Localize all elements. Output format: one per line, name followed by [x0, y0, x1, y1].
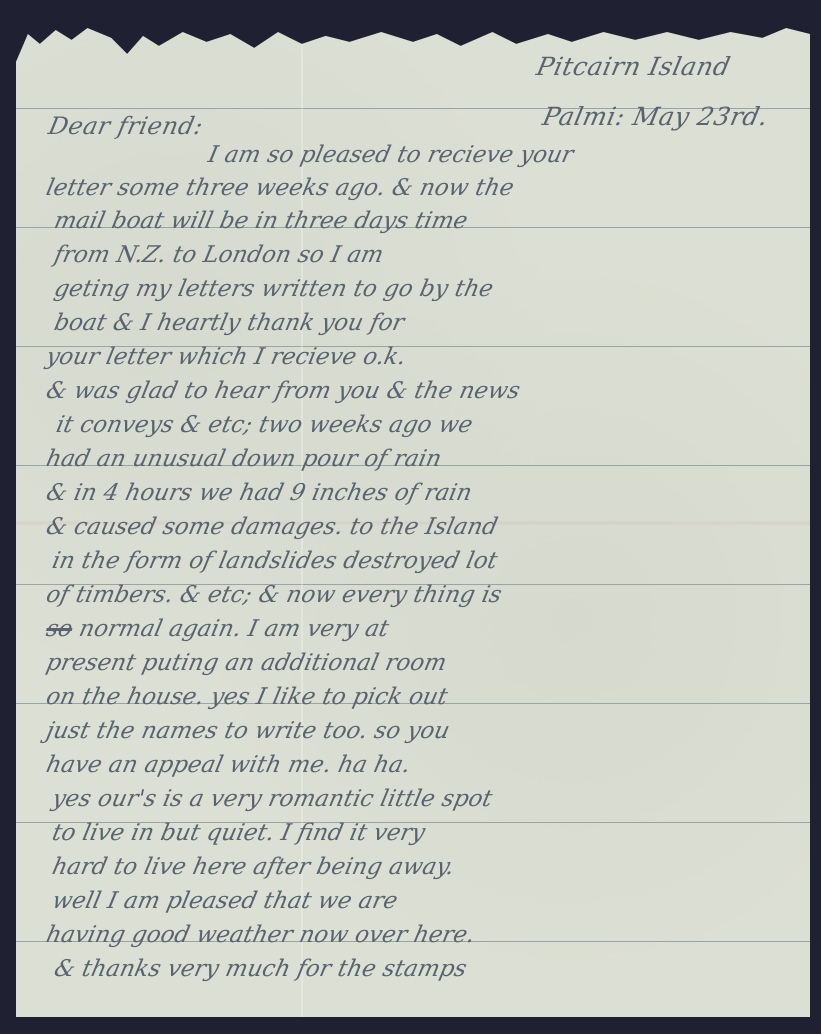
letter-line: letter some three weeks ago. & now the: [44, 177, 516, 200]
letter-line: on the house. yes I like to pick out: [44, 686, 450, 709]
letter-line: & caused some damages. to the Island: [44, 516, 500, 539]
letter-date: Palmi: May 23rd.: [540, 102, 771, 131]
letter-line: had an unusual down pour of rain: [44, 448, 443, 471]
letter-line: hard to live here after being away.: [50, 856, 456, 879]
letter-line: in the form of landslides destroyed lot: [50, 550, 499, 573]
letter-line: geting my letters written to go by the: [52, 278, 495, 301]
letter-line: so normal again. I am very at: [44, 618, 391, 641]
letter-line: just the names to write too. so you: [44, 720, 452, 743]
letter-line: & was glad to hear from you & the news: [44, 380, 522, 403]
letter-line: present puting an additional room: [44, 652, 448, 675]
letter-line: yes our's is a very romantic little spot: [50, 788, 494, 811]
letter-line: I am so pleased to recieve your: [206, 144, 575, 167]
letter-line: your letter which I recieve o.k.: [44, 346, 408, 369]
letter-line: boat & I heartly thank you for: [52, 312, 406, 335]
letter-salutation: Dear friend:: [46, 112, 206, 140]
letter-line: & thanks very much for the stamps: [52, 958, 469, 981]
letter-line: of timbers. & etc; & now every thing is: [44, 584, 504, 607]
letter-line: mail boat will be in three days time: [52, 210, 470, 233]
letter-line: having good weather now over here.: [44, 924, 477, 947]
letter-line: & in 4 hours we had 9 inches of rain: [44, 482, 474, 505]
letter-line: well I am pleased that we are: [50, 890, 400, 913]
struck-word: so: [44, 616, 75, 642]
letter-line-text: normal again. I am very at: [77, 616, 391, 642]
letter-line: from N.Z. to London so I am: [52, 244, 385, 267]
letter-line: to live in but quiet. I find it very: [50, 822, 427, 845]
letter-place: Pitcairn Island: [534, 52, 733, 81]
letter-page: Pitcairn Island Palmi: May 23rd. Dear fr…: [16, 22, 810, 1017]
letter-line: it conveys & etc; two weeks ago we: [54, 414, 475, 437]
letter-line: have an appeal with me. ha ha.: [44, 754, 412, 777]
